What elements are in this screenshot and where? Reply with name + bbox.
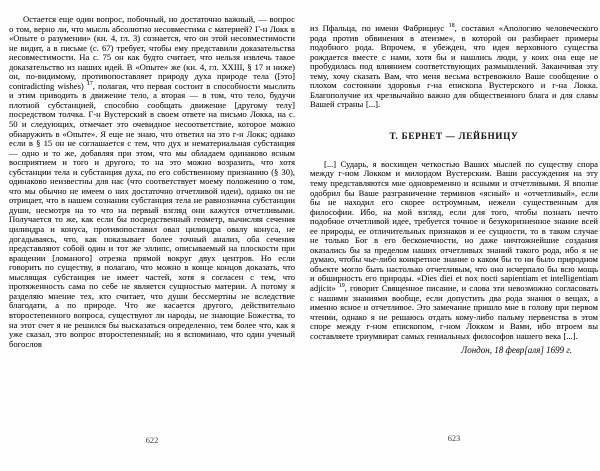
paragraph-letter-continuation: из Пфальца, по имени Фабрициус 18, соста… [310, 24, 598, 110]
text-run: , говорит Священное писание, и слова эти… [310, 283, 598, 341]
paragraph-locke-side-question: Остается еще один вопрос, побочный, но д… [9, 15, 295, 349]
text-run: из Пфальца, по имени Фабрициус [310, 23, 449, 33]
paragraph-burnett-letter: [...] Сударь, я восхищен четкостью Ваших… [310, 160, 598, 341]
page-622: Остается еще один вопрос, побочный, но д… [9, 15, 295, 471]
text-run: , полагая, что первая состоит в способно… [9, 81, 295, 349]
page-number-622: 622 [9, 436, 295, 445]
page-number-623: 623 [310, 434, 598, 443]
text-run: [...] Сударь, я восхищен четкостью Ваших… [310, 159, 598, 293]
page-623: из Пфальца, по имени Фабрициус 18, соста… [310, 24, 598, 471]
book-spread: Остается еще один вопрос, побочный, но д… [0, 0, 600, 471]
letter-heading-burnett-to-leibniz: Т. БЕРНЕТ — ЛЕЙБНИЦУ [310, 131, 598, 141]
text-run: Остается еще один вопрос, побочный, но д… [9, 14, 295, 91]
letter-dateline: Лондон, 18 февр[аля] 1699 г. [310, 345, 598, 355]
text-run: , составил «Апологию человеческого рода … [310, 23, 598, 109]
